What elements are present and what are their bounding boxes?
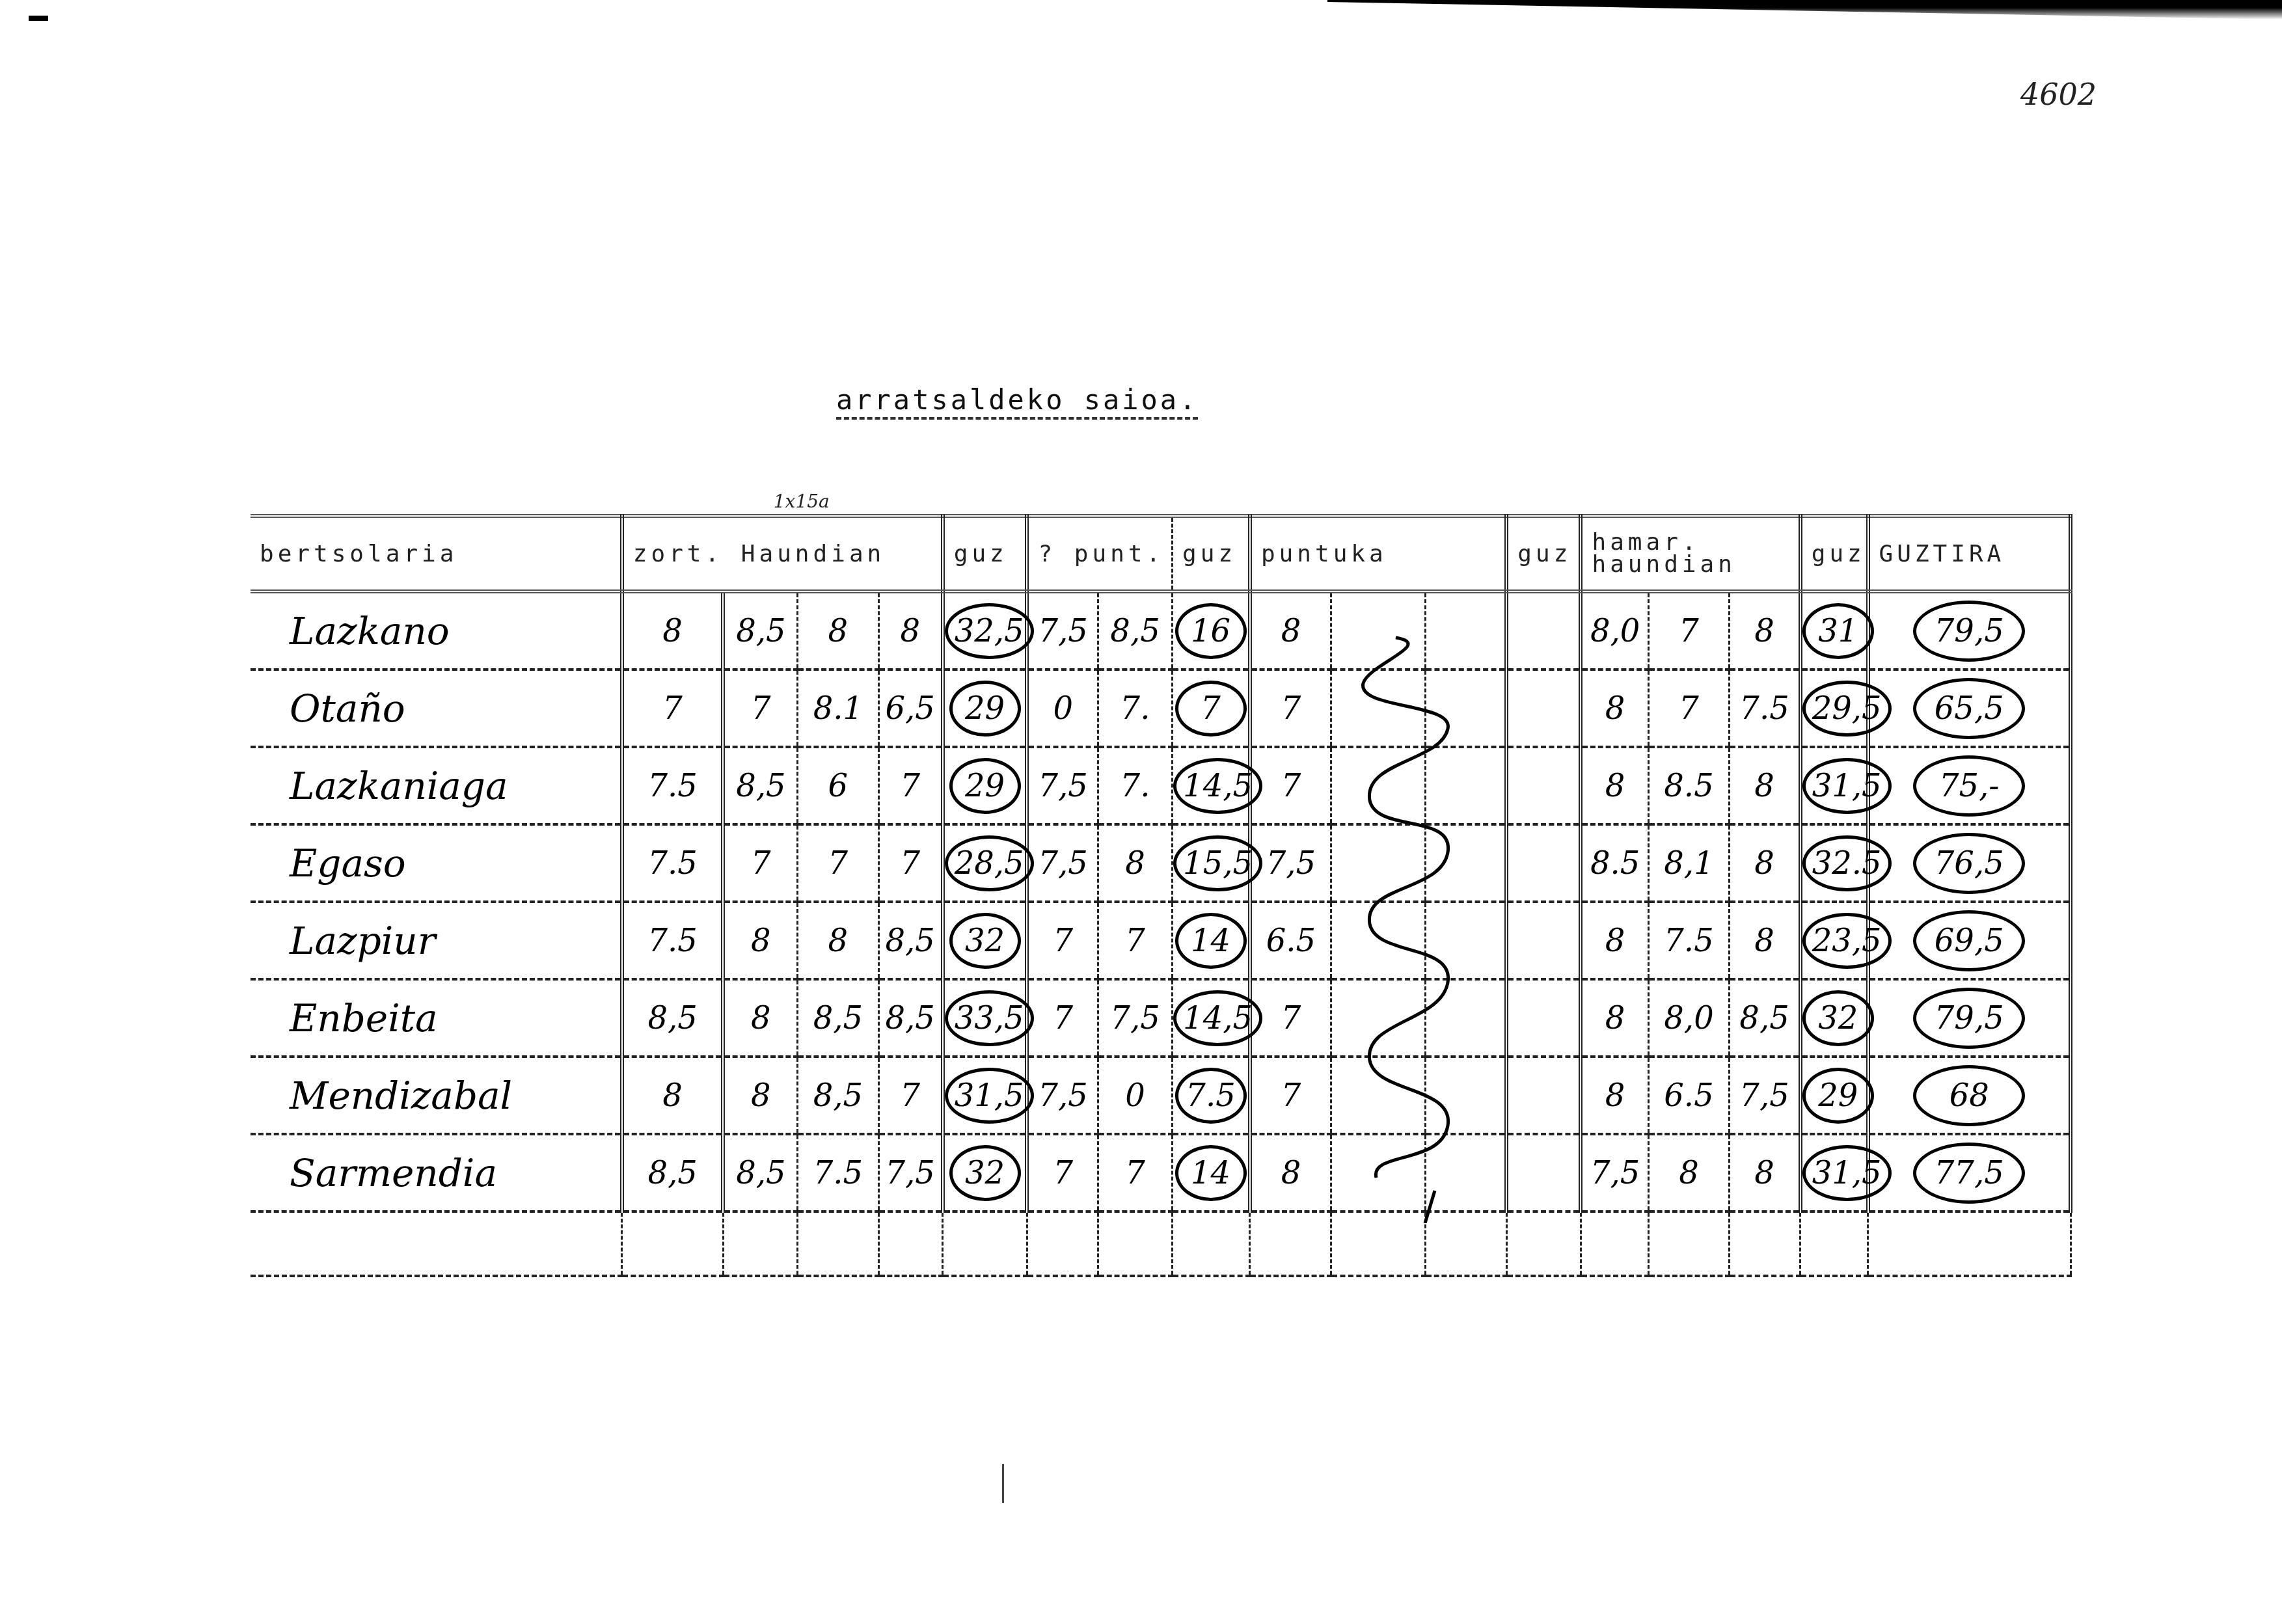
guz-4-total: 32 <box>1800 979 1868 1057</box>
table-row: Egaso7.577728,57,5815,57,58.58,1832.576,… <box>251 824 2071 902</box>
guz-1-total: 32 <box>943 902 1027 979</box>
guz-2-total: 16 <box>1173 591 1250 670</box>
hamar-score: 8 <box>1581 902 1648 979</box>
zort-score: 8.1 <box>798 670 879 747</box>
guz-1-total-value: 29 <box>949 758 1021 814</box>
hamar-score-value: 8 <box>1754 1155 1774 1191</box>
bertsolari-name: Lazkaniaga <box>251 747 622 824</box>
zort-score-value: 8,5 <box>813 1000 863 1036</box>
guztira-total-value: 68 <box>1913 1065 2025 1126</box>
score-rows: Lazkano88,58832,57,58,51688,0783179,5Ota… <box>251 591 2071 1276</box>
hamar-score: 8 <box>1581 1057 1648 1134</box>
empty-cell <box>1098 1211 1172 1276</box>
zort-score-value: 7 <box>900 1077 920 1114</box>
bertsolari-name-value: Otaño <box>290 686 405 731</box>
zort-score: 7.5 <box>622 902 724 979</box>
zort-score: 8,5 <box>878 979 943 1057</box>
zort-score-value: 8 <box>662 1077 683 1114</box>
zort-score-value: 7.5 <box>647 768 697 804</box>
zort-score-value: 7.5 <box>647 845 697 882</box>
guztira-total: 79,5 <box>1868 979 2071 1057</box>
zort-score-value: 6,5 <box>886 690 935 727</box>
hamar-score-value: 8 <box>1605 690 1625 727</box>
zort-score: 8 <box>622 591 724 670</box>
zort-score-value: 8,5 <box>736 768 785 804</box>
hamar-score-value: 8,1 <box>1664 845 1713 882</box>
guz-1-total: 29 <box>943 747 1027 824</box>
empty-row <box>251 1211 2071 1276</box>
table-row: Mendizabal888,5731,57,507.5786.57,52968 <box>251 1057 2071 1134</box>
punt-score: 0 <box>1098 1057 1172 1134</box>
zort-score-value: 8.1 <box>813 690 863 727</box>
zort-score: 8 <box>622 1057 724 1134</box>
guz-1-total: 31,5 <box>943 1057 1027 1134</box>
guz-2-total-value: 7.5 <box>1175 1068 1247 1124</box>
hamar-score-value: 8 <box>1754 768 1774 804</box>
table-row: Enbeita8,588,58,533,577,514,5788,08,5327… <box>251 979 2071 1057</box>
header-guz-3: guz <box>1506 516 1581 591</box>
empty-cell <box>1506 1211 1581 1276</box>
guztira-total: 79,5 <box>1868 591 2071 670</box>
empty-cell <box>622 1211 724 1276</box>
bertsolari-name: Lazkano <box>251 591 622 670</box>
hamar-score: 8 <box>1730 902 1800 979</box>
bertsolari-name-value: Enbeita <box>290 996 438 1040</box>
bertsolari-name: Egaso <box>251 824 622 902</box>
empty-cell <box>251 1211 622 1276</box>
punt-score: 7 <box>1098 902 1172 979</box>
hamar-score-value: 8 <box>1679 1155 1699 1191</box>
guztira-total-value: 77,5 <box>1913 1143 2025 1204</box>
punt-score-value: 0 <box>1125 1077 1145 1114</box>
bertsolari-name-value: Lazpiur <box>290 919 435 963</box>
puntuka-score: 8 <box>1250 591 1331 670</box>
empty-cell <box>1250 1211 1331 1276</box>
hamar-score: 8.5 <box>1581 824 1648 902</box>
hamar-score-value: 7 <box>1679 613 1699 649</box>
zort-score-value: 7 <box>900 845 920 882</box>
header-row: bertsolaria 1x15a zort. Haundian guz ? p… <box>251 516 2071 591</box>
punt-score-value: 7. <box>1121 768 1150 804</box>
guz-2-total-value: 15,5 <box>1173 835 1262 891</box>
hamar-score-value: 7.5 <box>1664 923 1713 959</box>
guztira-total: 77,5 <box>1868 1134 2071 1211</box>
guztira-total-value: 79,5 <box>1913 601 2025 662</box>
zort-score: 8 <box>798 902 879 979</box>
puntuka-score: 7 <box>1250 1057 1331 1134</box>
zort-score: 8 <box>798 591 879 670</box>
table-row: Otaño778.16,52907.77877.529,565,5 <box>251 670 2071 747</box>
guz-2-total-value: 14,5 <box>1173 758 1262 814</box>
guz-1-total-value: 29 <box>949 681 1021 737</box>
guz-2-total-value: 14 <box>1175 1145 1247 1201</box>
guz-4-total-value: 32 <box>1802 990 1874 1046</box>
hamar-score: 8 <box>1730 1134 1800 1211</box>
punt-score-value: 0 <box>1053 690 1073 727</box>
punt-score: 8,5 <box>1098 591 1172 670</box>
punt-score: 7. <box>1098 747 1172 824</box>
empty-cell <box>723 1211 797 1276</box>
puntuka-score: 7 <box>1250 670 1331 747</box>
guz-4-total: 29,5 <box>1800 670 1868 747</box>
header-zort-label: zort. Haundian <box>633 541 885 567</box>
zort-score: 8,5 <box>798 979 879 1057</box>
bertsolari-name-value: Lazkano <box>290 609 450 653</box>
punt-score-value: 7,5 <box>1039 1077 1088 1114</box>
guz-1-total: 32,5 <box>943 591 1027 670</box>
zort-score-value: 8 <box>828 923 849 959</box>
empty-cell <box>1173 1211 1250 1276</box>
guz-4-total-value: 29 <box>1802 1068 1874 1124</box>
zort-score: 8,5 <box>878 902 943 979</box>
hamar-score: 7.5 <box>1648 902 1730 979</box>
zort-score: 8,5 <box>723 1134 797 1211</box>
scan-edge-shadow <box>1327 0 2282 20</box>
page-number: 4602 <box>2020 77 2097 112</box>
guz-1-total-value: 32 <box>949 913 1021 969</box>
header-hamar-line2: haundian <box>1592 551 1735 578</box>
punt-score-value: 7,5 <box>1039 845 1088 882</box>
header-bertsolaria: bertsolaria <box>251 516 622 591</box>
zort-score-value: 8 <box>828 613 849 649</box>
zort-score-value: 8,5 <box>886 923 935 959</box>
score-table: bertsolaria 1x15a zort. Haundian guz ? p… <box>251 514 2072 1277</box>
hamar-score: 8,0 <box>1581 591 1648 670</box>
hamar-score: 6.5 <box>1648 1057 1730 1134</box>
guz-2-total-value: 14 <box>1175 913 1247 969</box>
hamar-score: 8,1 <box>1648 824 1730 902</box>
zort-score: 8,5 <box>622 1134 724 1211</box>
guz-3-total <box>1506 979 1581 1057</box>
punt-score: 7 <box>1027 902 1098 979</box>
zort-score-value: 7.5 <box>813 1155 863 1191</box>
score-table-container: bertsolaria 1x15a zort. Haundian guz ? p… <box>251 514 2072 1277</box>
hamar-score: 8 <box>1648 1134 1730 1211</box>
bertsolari-name-value: Egaso <box>290 841 406 886</box>
puntuka-score-value: 7,5 <box>1266 845 1316 882</box>
guz-2-total-value: 14,5 <box>1173 990 1262 1046</box>
zort-score: 7.5 <box>798 1134 879 1211</box>
guz-2-total: 14,5 <box>1173 979 1250 1057</box>
guztira-total-value: 65,5 <box>1913 678 2025 739</box>
punt-score: 7 <box>1027 1134 1098 1211</box>
zort-score: 7,5 <box>878 1134 943 1211</box>
header-guz-1: guz <box>943 516 1027 591</box>
header-zort-haundian: 1x15a zort. Haundian <box>622 516 943 591</box>
punt-score-value: 7 <box>1053 1155 1073 1191</box>
puntuka-score-value: 7 <box>1281 768 1301 804</box>
hamar-score: 7,5 <box>1581 1134 1648 1211</box>
guz-1-total: 32 <box>943 1134 1027 1211</box>
guz-4-total: 23,5 <box>1800 902 1868 979</box>
zort-score-value: 8,5 <box>647 1155 697 1191</box>
hamar-score-value: 8.5 <box>1664 768 1713 804</box>
scan-corner-mark <box>29 16 48 21</box>
punt-score-value: 7 <box>1125 1155 1145 1191</box>
guz-2-total: 7.5 <box>1173 1057 1250 1134</box>
punt-score: 7 <box>1098 1134 1172 1211</box>
hamar-score: 8.5 <box>1648 747 1730 824</box>
zort-score-value: 7 <box>662 690 683 727</box>
guz-1-total-value: 32 <box>949 1145 1021 1201</box>
hamar-score: 7 <box>1648 670 1730 747</box>
guztira-total-value: 75,- <box>1913 755 2025 817</box>
punt-score: 8 <box>1098 824 1172 902</box>
guz-1-total-value: 31,5 <box>945 1068 1034 1124</box>
zort-score: 7 <box>878 747 943 824</box>
punt-score: 7,5 <box>1027 1057 1098 1134</box>
hamar-score: 8 <box>1730 747 1800 824</box>
puntuka-score: 8 <box>1250 1134 1331 1211</box>
zort-score-value: 7.5 <box>647 923 697 959</box>
zort-score: 8,5 <box>723 747 797 824</box>
strikethrough-squiggle <box>1357 618 1461 1223</box>
bertsolari-name-value: Sarmendia <box>290 1151 497 1195</box>
hamar-score: 7.5 <box>1730 670 1800 747</box>
zort-score: 6,5 <box>878 670 943 747</box>
zort-score: 8,5 <box>622 979 724 1057</box>
hamar-score: 8 <box>1581 670 1648 747</box>
empty-cell <box>798 1211 879 1276</box>
guz-3-total <box>1506 747 1581 824</box>
guz-4-total-value: 23,5 <box>1802 913 1892 969</box>
guz-4-total: 31 <box>1800 591 1868 670</box>
punt-score-value: 7,5 <box>1110 1000 1160 1036</box>
zort-score-value: 8,5 <box>886 1000 935 1036</box>
bertsolari-name: Mendizabal <box>251 1057 622 1134</box>
punt-score: 7,5 <box>1098 979 1172 1057</box>
zort-score: 8 <box>723 1057 797 1134</box>
hamar-score-value: 8 <box>1605 923 1625 959</box>
hamar-score-value: 8 <box>1754 845 1774 882</box>
guz-3-total <box>1506 824 1581 902</box>
zort-score-value: 7,5 <box>886 1155 935 1191</box>
punt-score: 0 <box>1027 670 1098 747</box>
guz-4-total: 31,5 <box>1800 747 1868 824</box>
punt-score: 7. <box>1098 670 1172 747</box>
guztira-total: 65,5 <box>1868 670 2071 747</box>
empty-cell <box>1868 1211 2071 1276</box>
zort-score: 7.5 <box>622 824 724 902</box>
zort-score: 7.5 <box>622 747 724 824</box>
empty-cell <box>1800 1211 1868 1276</box>
guz-1-total-value: 33,5 <box>945 990 1034 1046</box>
zort-score-value: 8 <box>751 1000 771 1036</box>
hamar-score-value: 7,5 <box>1739 1077 1789 1114</box>
bertsolari-name: Lazpiur <box>251 902 622 979</box>
punt-score-value: 8 <box>1125 845 1145 882</box>
puntuka-score-value: 6.5 <box>1266 923 1316 959</box>
hamar-score-value: 8.5 <box>1590 845 1640 882</box>
guz-4-total: 29 <box>1800 1057 1868 1134</box>
empty-cell <box>1027 1211 1098 1276</box>
zort-score-value: 8,5 <box>813 1077 863 1114</box>
punt-score: 7 <box>1027 979 1098 1057</box>
puntuka-score-value: 7 <box>1281 1000 1301 1036</box>
header-punt: ? punt. <box>1027 516 1172 591</box>
guz-3-total <box>1506 1057 1581 1134</box>
zort-score-value: 8 <box>751 923 771 959</box>
hamar-score: 8,0 <box>1648 979 1730 1057</box>
header-guz-2: guz <box>1173 516 1250 591</box>
puntuka-score: 6.5 <box>1250 902 1331 979</box>
zort-score: 8,5 <box>798 1057 879 1134</box>
table-row: Lazpiur7.5888,53277146.587.5823,569,5 <box>251 902 2071 979</box>
guz-4-total: 31,5 <box>1800 1134 1868 1211</box>
punt-score-value: 7 <box>1053 923 1073 959</box>
guz-1-total: 33,5 <box>943 979 1027 1057</box>
hamar-score-value: 7,5 <box>1590 1155 1640 1191</box>
empty-cell <box>943 1211 1027 1276</box>
guztira-total-value: 76,5 <box>1913 833 2025 894</box>
guz-3-total <box>1506 670 1581 747</box>
hamar-score-value: 8 <box>1605 1077 1625 1114</box>
zort-score-value: 8,5 <box>736 613 785 649</box>
zort-score-value: 6 <box>828 768 849 804</box>
header-hamar-haundian: hamar. haundian <box>1581 516 1800 591</box>
puntuka-score-value: 8 <box>1281 1155 1301 1191</box>
guz-2-total-value: 7 <box>1175 681 1247 737</box>
zort-score: 8 <box>878 591 943 670</box>
guz-4-total-value: 31,5 <box>1802 1145 1892 1201</box>
zort-score: 6 <box>798 747 879 824</box>
guz-4-total-value: 31,5 <box>1802 758 1892 814</box>
guz-2-total: 15,5 <box>1173 824 1250 902</box>
header-puntuka: puntuka <box>1250 516 1506 591</box>
zort-score-value: 8,5 <box>736 1155 785 1191</box>
zort-score-value: 7 <box>828 845 849 882</box>
hamar-score-value: 8 <box>1605 1000 1625 1036</box>
hamar-score-value: 8,0 <box>1664 1000 1713 1036</box>
bertsolari-name-value: Mendizabal <box>290 1074 512 1118</box>
zort-score: 7 <box>798 824 879 902</box>
table-row: Lazkaniaga7.58,567297,57.14,5788.5831,57… <box>251 747 2071 824</box>
header-guztira: GUZTIRA <box>1868 516 2071 591</box>
punt-score: 7,5 <box>1027 747 1098 824</box>
empty-cell <box>1581 1211 1648 1276</box>
zort-score: 7 <box>622 670 724 747</box>
hamar-score: 8 <box>1730 824 1800 902</box>
zort-score-value: 8,5 <box>647 1000 697 1036</box>
guz-4-total-value: 31 <box>1802 603 1874 659</box>
zort-score-value: 7 <box>751 690 771 727</box>
punt-score: 7,5 <box>1027 591 1098 670</box>
header-guz-4: guz <box>1800 516 1868 591</box>
guz-1-total-value: 32,5 <box>945 603 1034 659</box>
bertsolari-name-value: Lazkaniaga <box>290 764 508 808</box>
guz-4-total-value: 29,5 <box>1802 681 1892 737</box>
hamar-score: 8,5 <box>1730 979 1800 1057</box>
zort-score: 7 <box>723 824 797 902</box>
empty-cell <box>1648 1211 1730 1276</box>
puntuka-score-value: 7 <box>1281 1077 1301 1114</box>
punt-score-value: 7 <box>1053 1000 1073 1036</box>
hamar-score-value: 8 <box>1754 613 1774 649</box>
hamar-score-value: 7.5 <box>1739 690 1789 727</box>
guztira-total: 69,5 <box>1868 902 2071 979</box>
punt-score-value: 7. <box>1121 690 1150 727</box>
punt-score-value: 7 <box>1125 923 1145 959</box>
table-row: Sarmendia8,58,57.57,532771487,58831,577,… <box>251 1134 2071 1211</box>
header-annotation: 1x15a <box>774 491 830 512</box>
punt-score-value: 8,5 <box>1110 613 1160 649</box>
zort-score: 8 <box>723 902 797 979</box>
zort-score-value: 8 <box>751 1077 771 1114</box>
guztira-total-value: 69,5 <box>1913 910 2025 971</box>
stray-mark <box>1002 1464 1004 1503</box>
punt-score-value: 7,5 <box>1039 613 1088 649</box>
hamar-score: 7 <box>1648 591 1730 670</box>
bertsolari-name: Otaño <box>251 670 622 747</box>
guz-2-total-value: 16 <box>1175 603 1247 659</box>
page-title: arratsaldeko saioa. <box>836 384 1198 420</box>
guz-3-total <box>1506 1134 1581 1211</box>
guz-4-total-value: 32.5 <box>1802 835 1892 891</box>
guz-1-total: 28,5 <box>943 824 1027 902</box>
hamar-score-value: 6.5 <box>1664 1077 1713 1114</box>
guztira-total-value: 79,5 <box>1913 988 2025 1049</box>
guz-2-total: 14 <box>1173 1134 1250 1211</box>
guztira-total: 75,- <box>1868 747 2071 824</box>
hamar-score: 7,5 <box>1730 1057 1800 1134</box>
hamar-score: 8 <box>1581 747 1648 824</box>
empty-cell <box>878 1211 943 1276</box>
empty-cell <box>1730 1211 1800 1276</box>
hamar-score-value: 7 <box>1679 690 1699 727</box>
zort-score: 7 <box>878 824 943 902</box>
puntuka-score-value: 8 <box>1281 613 1301 649</box>
hamar-score-value: 8,5 <box>1739 1000 1789 1036</box>
guz-2-total: 7 <box>1173 670 1250 747</box>
guztira-total: 68 <box>1868 1057 2071 1134</box>
guz-1-total: 29 <box>943 670 1027 747</box>
hamar-score: 8 <box>1730 591 1800 670</box>
zort-score: 8,5 <box>723 591 797 670</box>
punt-score-value: 7,5 <box>1039 768 1088 804</box>
punt-score: 7,5 <box>1027 824 1098 902</box>
hamar-score-value: 8 <box>1754 923 1774 959</box>
zort-score-value: 8 <box>900 613 920 649</box>
hamar-score-value: 8,0 <box>1590 613 1640 649</box>
guz-3-total <box>1506 902 1581 979</box>
guz-2-total: 14,5 <box>1173 747 1250 824</box>
hamar-score: 8 <box>1581 979 1648 1057</box>
zort-score-value: 7 <box>751 845 771 882</box>
bertsolari-name: Sarmendia <box>251 1134 622 1211</box>
zort-score: 8 <box>723 979 797 1057</box>
guz-1-total-value: 28,5 <box>945 835 1034 891</box>
zort-score-value: 8 <box>662 613 683 649</box>
zort-score: 7 <box>878 1057 943 1134</box>
guztira-total: 76,5 <box>1868 824 2071 902</box>
table-row: Lazkano88,58832,57,58,51688,0783179,5 <box>251 591 2071 670</box>
bertsolari-name: Enbeita <box>251 979 622 1057</box>
guz-4-total: 32.5 <box>1800 824 1868 902</box>
zort-score: 7 <box>723 670 797 747</box>
zort-score-value: 7 <box>900 768 920 804</box>
guz-2-total: 14 <box>1173 902 1250 979</box>
puntuka-score-value: 7 <box>1281 690 1301 727</box>
guz-3-total <box>1506 591 1581 670</box>
hamar-score-value: 8 <box>1605 768 1625 804</box>
